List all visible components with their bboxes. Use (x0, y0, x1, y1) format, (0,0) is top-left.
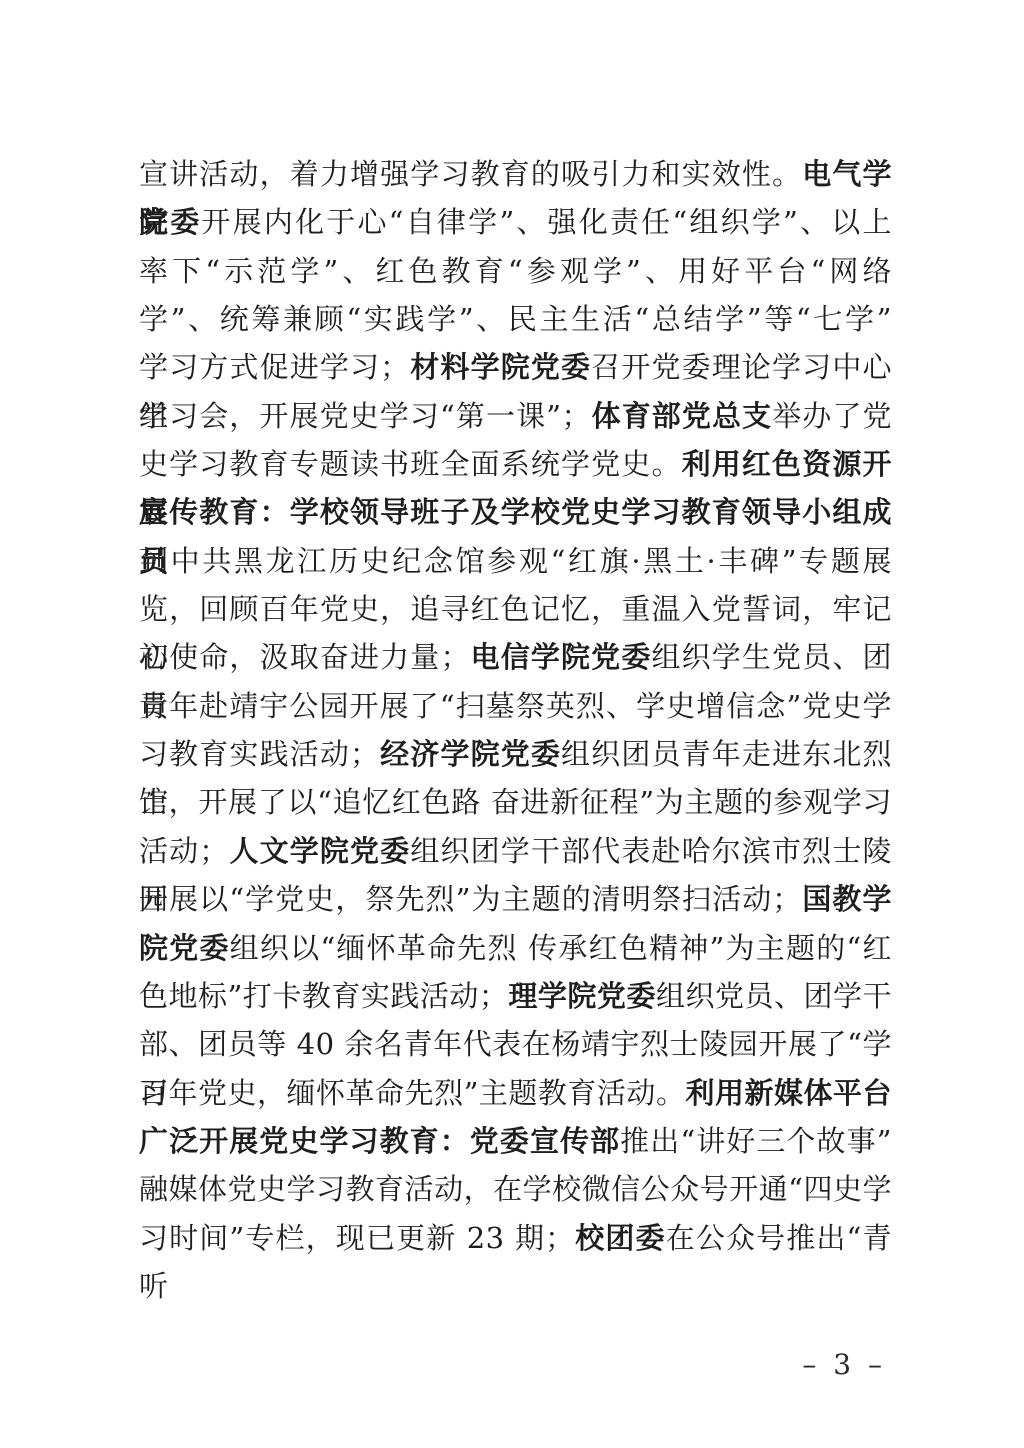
document-line: 院党委组织以“缅怀革命先烈 传承红色精神”为主题的“红 (139, 924, 892, 972)
document-line: 史学习教育专题读书班全面系统学党史。利用红色资源开展 (139, 440, 892, 488)
document-line: 学习会，开展党史学习“第一课”；体育部党总支举办了党 (139, 392, 892, 440)
text-run: 宣讲活动，着力增强学习教育的吸引力和实效性。 (139, 157, 802, 191)
text-run: 色地标”打卡教育实践活动； (139, 979, 508, 1013)
document-line: 率下“示范学”、红色教育“参观学”、用好平台“网络 (139, 247, 892, 295)
text-run: 史学习教育专题读书班全面系统学党史。 (139, 447, 682, 481)
bold-text-run: 利用新媒体平台 (685, 1076, 892, 1110)
document-line: 学习方式促进学习；材料学院党委召开党委理论学习中心组 (139, 343, 892, 391)
page-number: – 3 – (802, 1348, 886, 1381)
document-line: 学”、统筹兼顾“实践学”、民主生活“总结学”等“七学” (139, 295, 892, 343)
bold-text-run: 电信学院党委 (470, 640, 652, 674)
document-line: 百年党史，缅怀革命先烈”主题教育活动。利用新媒体平台 (139, 1069, 892, 1117)
document-line: 广泛开展党史学习教育：党委宣传部推出“讲好三个故事” (139, 1117, 892, 1165)
bold-text-run: 院党委 (139, 931, 230, 965)
document-line: 部、团员等 40 余名青年代表在杨靖宇烈士陵园开展了“学习 (139, 1020, 892, 1068)
text-run: 率下“示范学”、红色教育“参观学”、用好平台“网络 (139, 254, 892, 288)
bold-text-run: 材料学院党委 (410, 350, 592, 384)
bold-text-run: 广泛开展党史学习教育：党委宣传部 (139, 1124, 620, 1158)
text-run: 开展内化于心“自律学”、强化责任“组织学”、以上 (201, 205, 892, 239)
text-run: 学”、统筹兼顾“实践学”、民主生活“总结学”等“七学” (139, 302, 892, 336)
document-line: 心使命，汲取奋进力量；电信学院党委组织学生党员、团员 (139, 633, 892, 681)
document-line: 习时间”专栏，现已更新 23 期；校团委在公众号推出“青听 (139, 1214, 892, 1262)
document-line: 开展以“学党史，祭先烈”为主题的清明祭扫活动；国教学 (139, 875, 892, 923)
document-line: 习教育实践活动；经济学院党委组织团员青年走进东北烈士 (139, 730, 892, 778)
document-line: 馆，开展了以“追忆红色路 奋进新征程”为主题的参观学习 (139, 778, 892, 826)
document-line: 到中共黑龙江历史纪念馆参观“红旗·黑土·丰碑”专题展 (139, 537, 892, 585)
document-line: 青年赴靖宇公园开展了“扫墓祭英烈、学史增信念”党史学 (139, 682, 892, 730)
text-run: 学习会，开展党史学习“第一课”； (139, 399, 591, 433)
document-line: 党委开展内化于心“自律学”、强化责任“组织学”、以上 (139, 198, 892, 246)
text-run: 组织以“缅怀革命先烈 传承红色精神”为主题的“红 (230, 931, 892, 965)
text-run: 百年党史，缅怀革命先烈”主题教育活动。 (139, 1076, 685, 1110)
bold-text-run: 国教学 (802, 882, 892, 916)
text-run: 组织党员、团学干 (656, 979, 892, 1013)
text-run: 习时间”专栏，现已更新 23 期； (139, 1221, 575, 1255)
text-run: 到中共黑龙江历史纪念馆参观“红旗·黑土·丰碑”专题展 (139, 544, 892, 578)
bold-text-run: 体育部党总支 (591, 399, 772, 433)
document-line: 宣讲活动，着力增强学习教育的吸引力和实效性。电气学院 (139, 150, 892, 198)
text-run: 学习方式促进学习； (139, 350, 410, 384)
document-line: 宣传教育：学校领导班子及学校党史学习教育领导小组成员 (139, 488, 892, 536)
text-run: 推出“讲好三个故事” (620, 1124, 892, 1158)
document-line: 活动；人文学院党委组织团学干部代表赴哈尔滨市烈士陵园 (139, 827, 892, 875)
document-line: 融媒体党史学习教育活动，在学校微信公众号开通“四史学 (139, 1165, 892, 1213)
text-run: 融媒体党史学习教育活动，在学校微信公众号开通“四史学 (139, 1172, 892, 1206)
text-run: 开展以“学党史，祭先烈”为主题的清明祭扫活动； (139, 882, 802, 916)
text-run: 心使命，汲取奋进力量； (139, 640, 470, 674)
text-run: 青年赴靖宇公园开展了“扫墓祭英烈、学史增信念”党史学 (139, 689, 892, 723)
document-page: 宣讲活动，着力增强学习教育的吸引力和实效性。电气学院党委开展内化于心“自律学”、… (0, 0, 1024, 1448)
bold-text-run: 人文学院党委 (229, 834, 411, 868)
text-run: 活动； (139, 834, 229, 868)
text-run: 习教育实践活动； (139, 737, 380, 771)
bold-text-run: 理学院党委 (508, 979, 656, 1013)
document-line: 色地标”打卡教育实践活动；理学院党委组织党员、团学干 (139, 972, 892, 1020)
bold-text-run: 党委 (139, 205, 201, 239)
bold-text-run: 经济学院党委 (380, 737, 562, 771)
document-line: 览，回顾百年党史，追寻红色记忆，重温入党誓词，牢记初 (139, 585, 892, 633)
text-run: 馆，开展了以“追忆红色路 奋进新征程”为主题的参观学习 (139, 785, 892, 819)
text-run: 举办了党 (772, 399, 892, 433)
bold-text-run: 校团委 (575, 1221, 666, 1255)
document-body: 宣讲活动，着力增强学习教育的吸引力和实效性。电气学院党委开展内化于心“自律学”、… (139, 150, 892, 1262)
